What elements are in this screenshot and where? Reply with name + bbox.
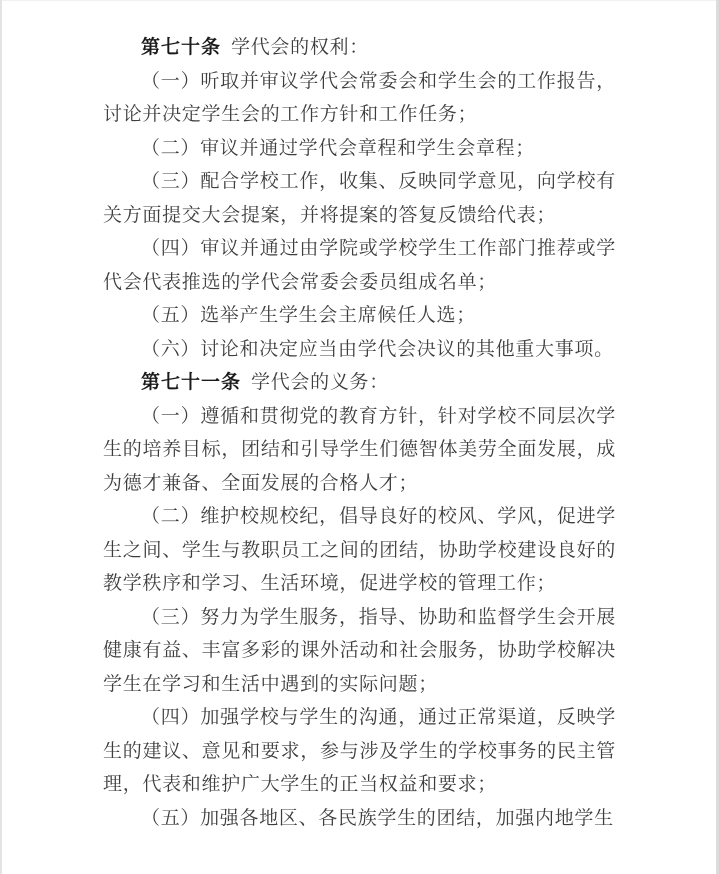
article-number: 第七十一条 — [141, 371, 241, 393]
clause-71-3: （三）努力为学生服务，指导、协助和监督学生会开展健康有益、丰富多彩的课外活动和社… — [103, 601, 616, 702]
article-heading-71: 第七十一条学代会的义务： — [103, 366, 616, 400]
document-page: 第七十条学代会的权利： （一）听取并审议学代会常委会和学生会的工作报告，讨论并决… — [0, 0, 719, 874]
document-content: 第七十条学代会的权利： （一）听取并审议学代会常委会和学生会的工作报告，讨论并决… — [103, 31, 616, 835]
article-title: 学代会的权利： — [231, 36, 369, 58]
article-heading-70: 第七十条学代会的权利： — [103, 31, 616, 65]
clause-70-1: （一）听取并审议学代会常委会和学生会的工作报告，讨论并决定学生会的工作方针和工作… — [103, 65, 616, 132]
clause-70-6: （六）讨论和决定应当由学代会决议的其他重大事项。 — [103, 333, 616, 367]
clause-71-5: （五）加强各地区、各民族学生的团结，加强内地学生 — [103, 802, 616, 836]
article-title: 学代会的义务： — [251, 371, 389, 393]
page-top-edge — [0, 0, 719, 1]
clause-71-1: （一）遵循和贯彻党的教育方针，针对学校不同层次学生的培养目标，团结和引导学生们德… — [103, 400, 616, 501]
clause-70-5: （五）选举产生学生会主席候任人选； — [103, 299, 616, 333]
clause-70-2: （二）审议并通过学代会章程和学生会章程； — [103, 132, 616, 166]
clause-70-4: （四）审议并通过由学院或学校学生工作部门推荐或学代会代表推选的学代会常委会委员组… — [103, 232, 616, 299]
article-number: 第七十条 — [141, 36, 221, 58]
clause-70-3: （三）配合学校工作，收集、反映同学意见，向学校有关方面提交大会提案，并将提案的答… — [103, 165, 616, 232]
clause-71-2: （二）维护校规校纪，倡导良好的校风、学风，促进学生之间、学生与教职员工之间的团结… — [103, 500, 616, 601]
clause-71-4: （四）加强学校与学生的沟通，通过正常渠道，反映学生的建议、意见和要求，参与涉及学… — [103, 701, 616, 802]
page-left-edge — [0, 0, 2, 874]
